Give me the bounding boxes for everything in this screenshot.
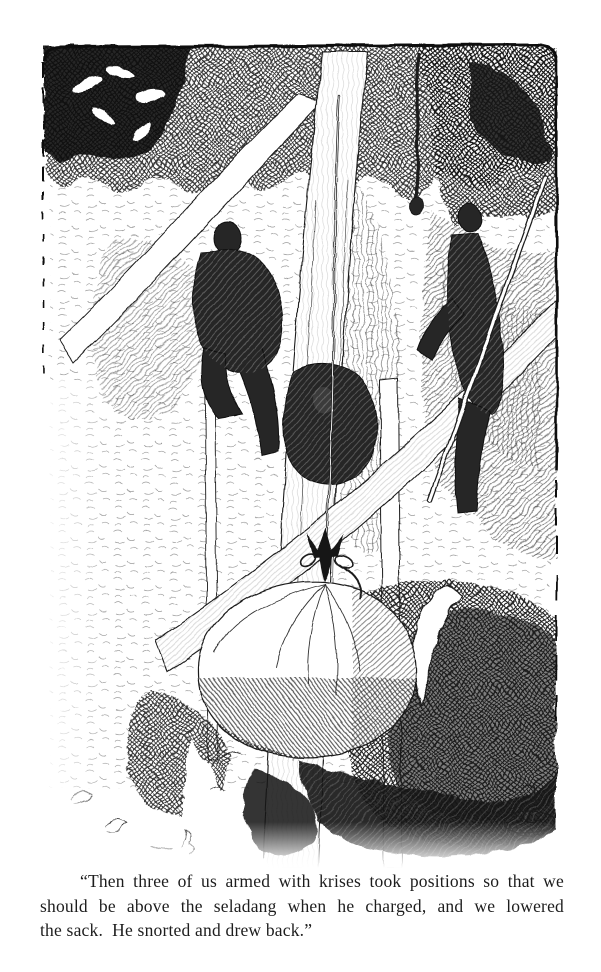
left-fade: [40, 380, 112, 850]
caption-line-3: the sack. He snorted and drew back.”: [40, 918, 564, 943]
bottom-fade: [40, 822, 561, 868]
illustration-plate: [0, 0, 601, 868]
book-page: “Then three of us armed with krises took…: [0, 0, 601, 972]
border-right: [556, 62, 557, 470]
standing-hunter-head: [458, 203, 482, 233]
caption-line-1: “Then three of us armed with krises took…: [40, 869, 564, 894]
crouching-hunter-head: [214, 222, 242, 254]
jungle-drawing: [44, 46, 556, 868]
caption: “Then three of us armed with krises took…: [40, 869, 564, 943]
caption-line-2: should be above the seladang when he cha…: [40, 894, 564, 919]
